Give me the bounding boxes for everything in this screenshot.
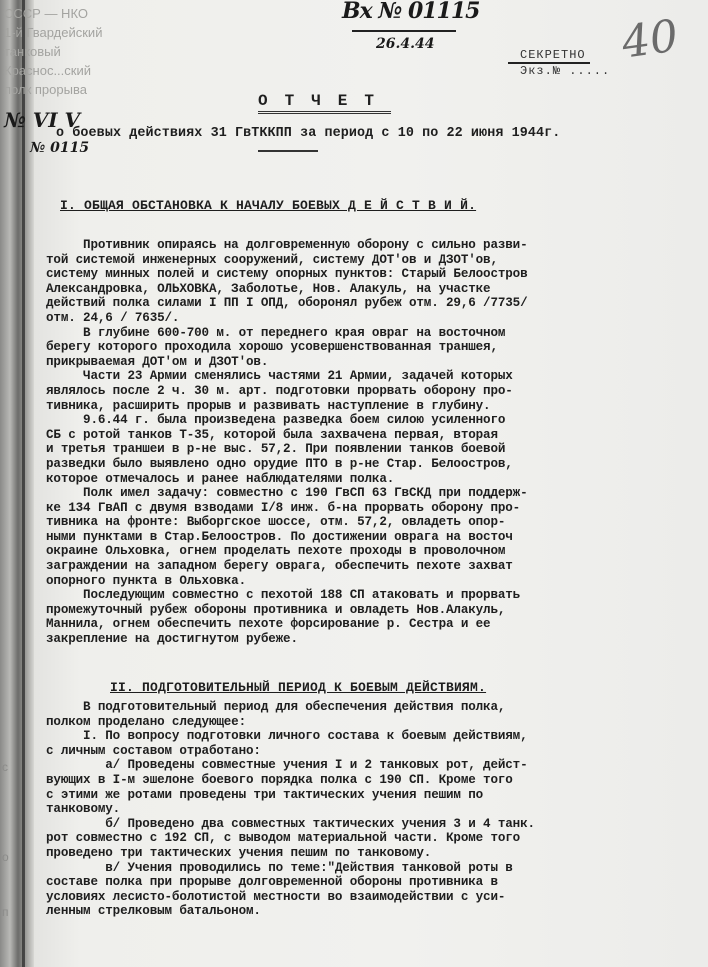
text-line: систему минных полей и систему опорных п… bbox=[46, 267, 696, 282]
text-line: Александровка, ОЛЬХОВКА, Заболотье, Нов.… bbox=[46, 282, 696, 297]
classification-level: СЕКРЕТНО bbox=[508, 48, 590, 64]
text-line: заграждении на западном берегу оврага, о… bbox=[46, 559, 696, 574]
registration-underline bbox=[352, 30, 456, 32]
text-line: условиях лесисто-болотистой местности во… bbox=[46, 890, 696, 905]
text-line: Последующим совместно с пехотой 188 СП а… bbox=[46, 588, 696, 603]
text-line: В глубине 600-700 м. от переднего края о… bbox=[46, 326, 696, 341]
text-line: составе полка при прорыве долговременной… bbox=[46, 875, 696, 890]
text-line: 9.6.44 г. была произведена разведка боем… bbox=[46, 413, 696, 428]
text-line: с личным составом отработано: bbox=[46, 744, 696, 759]
text-line: с этими же ротами проведены три тактичес… bbox=[46, 788, 696, 803]
text-line: промежуточный рубеж обороны противника и… bbox=[46, 603, 696, 618]
stamp-line: Краснос...ский bbox=[4, 61, 102, 80]
margin-fragment: с bbox=[2, 760, 8, 774]
text-line: проведено три тактических учения пешим п… bbox=[46, 846, 696, 861]
text-line: танковому. bbox=[46, 802, 696, 817]
registration-number: Вх № 01115 bbox=[342, 0, 479, 24]
text-line: ке 134 ГвАП с двумя взводами I/8 инж. б-… bbox=[46, 501, 696, 516]
document-page: СССР — НКО 1-й Гвардейский танковый Крас… bbox=[0, 0, 708, 967]
document-subtitle: о боевых действиях 31 ГвТККПП за период … bbox=[56, 126, 560, 141]
text-line: полком проделано следующее: bbox=[46, 715, 696, 730]
section-1-body: Противник опираясь на долговременную обо… bbox=[46, 238, 696, 647]
binding-line bbox=[22, 0, 25, 967]
stamp-line: полк прорыва bbox=[4, 80, 102, 99]
archive-stamp: СССР — НКО 1-й Гвардейский танковый Крас… bbox=[4, 4, 102, 99]
text-line: которое отмечалось и ранее наблюдателями… bbox=[46, 472, 696, 487]
text-line: тивника, расширить прорыв и развивать на… bbox=[46, 399, 696, 414]
section-2-body: В подготовительный период для обеспечени… bbox=[46, 700, 696, 919]
section-1-heading: I. ОБЩАЯ ОБСТАНОВКА К НАЧАЛУ БОЕВЫХ Д Е … bbox=[60, 198, 476, 213]
text-line: действий полка силами I ПП I ОПД, оборон… bbox=[46, 296, 696, 311]
binding-edge bbox=[0, 0, 34, 967]
text-line: а/ Проведены совместные учения I и 2 тан… bbox=[46, 758, 696, 773]
stamp-line: танковый bbox=[4, 42, 102, 61]
stamp-line: СССР — НКО bbox=[4, 4, 102, 23]
text-line: являлось после 2 ч. 30 м. арт. подготовк… bbox=[46, 384, 696, 399]
text-line: Части 23 Армии сменялись частями 21 Арми… bbox=[46, 369, 696, 384]
text-line: в/ Учения проводились по теме:"Действия … bbox=[46, 861, 696, 876]
section-2-heading: II. ПОДГОТОВИТЕЛЬНЫЙ ПЕРИОД К БОЕВЫМ ДЕЙ… bbox=[110, 680, 486, 695]
text-line: Полк имел задачу: совместно с 190 ГвСП 6… bbox=[46, 486, 696, 501]
text-line: прикрываемая ДОТ'ом и ДЗОТ'ов. bbox=[46, 355, 696, 370]
margin-fragment: п bbox=[2, 905, 9, 919]
text-line: рот совместно с 192 СП, с выводом матери… bbox=[46, 831, 696, 846]
text-line: Противник опираясь на долговременную обо… bbox=[46, 238, 696, 253]
text-line: ными пунктами в Стар.Белоостров. По дост… bbox=[46, 530, 696, 545]
text-line: СБ с ротой танков Т-35, которой была зах… bbox=[46, 428, 696, 443]
document-number: № 0115 bbox=[30, 140, 89, 156]
text-line: Маннила, огнем обеспечить пехоте форсиро… bbox=[46, 617, 696, 632]
text-line: I. По вопросу подготовки личного состава… bbox=[46, 729, 696, 744]
text-line: той системой инженерных сооружений, сист… bbox=[46, 253, 696, 268]
text-line: опорного пункта в Ольховка. bbox=[46, 574, 696, 589]
text-line: окраине Ольховка, огнем проделать пехоте… bbox=[46, 544, 696, 559]
text-line: В подготовительный период для обеспечени… bbox=[46, 700, 696, 715]
copy-number: Экз.№ ..... bbox=[520, 64, 610, 78]
text-line: б/ Проведено два совместных тактических … bbox=[46, 817, 696, 832]
text-line: разведки было выявлено одно орудие ПТО в… bbox=[46, 457, 696, 472]
text-line: закрепление на достигнутом рубеже. bbox=[46, 632, 696, 647]
text-line: ленным стрелковым батальоном. bbox=[46, 904, 696, 919]
document-title: ОТЧЕТ bbox=[258, 92, 391, 114]
sheet-number: 40 bbox=[619, 10, 682, 68]
registration-date: 26.4.44 bbox=[376, 36, 434, 52]
text-line: тивника на фронте: Выборгское шоссе, отм… bbox=[46, 515, 696, 530]
classification-stamp: СЕКРЕТНО Экз.№ ..... bbox=[508, 48, 610, 78]
text-line: и третья траншеи в р-не выс. 57,2. При п… bbox=[46, 442, 696, 457]
subtitle-rule bbox=[258, 150, 318, 152]
stamp-line: 1-й Гвардейский bbox=[4, 23, 102, 42]
text-line: вующих в I-м эшелоне боевого порядка пол… bbox=[46, 773, 696, 788]
text-line: берегу которого проходила хорошо усоверш… bbox=[46, 340, 696, 355]
margin-fragment: о bbox=[2, 850, 9, 864]
text-line: отм. 24,6 / 7635/. bbox=[46, 311, 696, 326]
